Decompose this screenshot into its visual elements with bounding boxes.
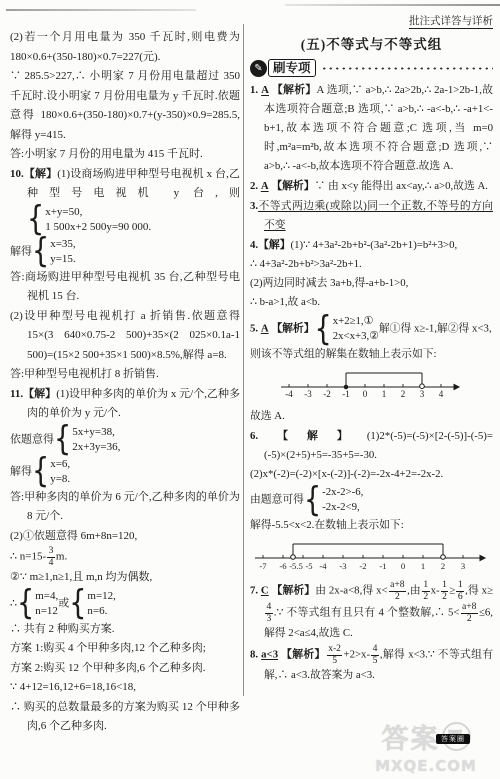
equation-row: 5x+y=38, xyxy=(72,425,120,440)
equation-row: 1 500x+2 500y=90 000. xyxy=(45,220,151,235)
svg-text:-3: -3 xyxy=(339,561,346,571)
solution-text: ,由 xyxy=(407,584,421,596)
solution-paragraph: ∵ 4+12=16,12+6=18,16<18, xyxy=(27,678,240,698)
fraction-numerator: 3 xyxy=(47,546,55,558)
item-10: 10.【解】(1)设商场购进甲种型号电视机 x 台,乙种型号电视机 y 台,则x… xyxy=(10,165,240,385)
scan-artifact-line xyxy=(6,9,196,11)
svg-text:-5.5: -5.5 xyxy=(289,561,303,571)
item-7: 7. C 【解析】由 2x-a<8,得 x<a+82,由12x-12≥16,得 … xyxy=(250,580,493,643)
answer-letter: A xyxy=(261,84,269,96)
equation-system: x+2≥1,①2x<x+3,② xyxy=(315,314,379,344)
equation-row: y=15. xyxy=(50,252,75,267)
fraction: x-25 xyxy=(327,644,343,666)
textbook-answer-page: (2)若一个月用电量为 350 千瓦时,则电费为 180×0.6+(350-18… xyxy=(0,0,500,779)
svg-text:0: 0 xyxy=(400,561,404,571)
solution-paragraph: ∴ 4+3a²-2b+b²>3a²-2b+1. xyxy=(264,255,493,274)
item-number: 4. xyxy=(250,239,258,251)
svg-text:-1: -1 xyxy=(379,561,386,571)
solution-text: ∴ xyxy=(10,597,17,609)
equation-system: x=6,y=8. xyxy=(32,457,70,487)
equation-row: x+2≥1,① xyxy=(333,314,379,329)
svg-text:-2: -2 xyxy=(323,389,331,399)
solution-paragraph: 故选 A. xyxy=(264,407,493,426)
left-brace xyxy=(69,587,86,621)
solution-paragraph: 11.【解】(1)设甲种多肉的单价为 x 元/个,乙种多肉的单价为 y 元/个. xyxy=(27,385,240,424)
solution-paragraph: 4.【解】(1)∵ 4+3a²-2b+b²-(3a²-2b+1)=b²+3>0, xyxy=(264,236,493,255)
page-header: 批注式详答与详析 xyxy=(250,12,493,31)
tick-labels: -4 -3 -2 -1 0 1 2 3 4 xyxy=(285,389,444,399)
analysis-tag: 【解析】 xyxy=(271,180,314,192)
equation-row: x+y=50, xyxy=(45,205,151,220)
svg-text:-7: -7 xyxy=(259,561,267,571)
solution-paragraph: ∴ b-a>1,故 a<b. xyxy=(264,293,493,312)
solution-text: ∴ n=15- xyxy=(10,551,46,563)
solution-text: ∵ 由 x<y 能得出 ax<ay,∴ a>0,故选 A. xyxy=(315,180,488,192)
answer-letter: A xyxy=(261,180,269,192)
item-number: 8. xyxy=(250,648,258,660)
solution-paragraph: ②∵ m≥1,n≥1,且 m,n 均为偶数, xyxy=(27,568,240,588)
fraction: a+82 xyxy=(461,602,478,624)
equation-row: -2x-2>-6, xyxy=(322,485,363,500)
svg-text:-4: -4 xyxy=(319,561,327,571)
solution-paragraph: 7. C 【解析】由 2x-a<8,得 x<a+82,由12x-12≥16,得 … xyxy=(264,580,493,643)
solution-paragraph: 解得x=35,y=15. xyxy=(27,236,240,268)
solution-paragraph: 答:甲种型号电视机打 8 折销售. xyxy=(27,365,240,385)
solution-paragraph: (2)①依题意得 6m+8n=120, xyxy=(27,527,240,547)
fraction-numerator: 1 xyxy=(456,580,464,592)
svg-text:-2: -2 xyxy=(359,561,366,571)
fraction: 16 xyxy=(456,580,464,602)
svg-text:1: 1 xyxy=(420,561,424,571)
fraction-denominator: 2 xyxy=(395,592,400,603)
equation-row: y=8. xyxy=(50,472,70,487)
analysis-tag: 【解析】 xyxy=(281,648,326,660)
item-4: 4.【解】(1)∵ 4+3a²-2b+b²-(3a²-2b+1)=b²+3>0,… xyxy=(250,236,493,312)
fraction-denominator: 3 xyxy=(267,614,272,625)
equation-row: -2x-2<9, xyxy=(322,500,363,515)
solution-text: 解①得 x≥-1,解②得 x<3, xyxy=(379,322,492,334)
solution-text: 由题意可得 xyxy=(250,493,304,505)
solution-paragraph: 则该不等式组的解集在数轴上表示如下: xyxy=(264,345,493,364)
analysis-tag: 【解析】 xyxy=(272,584,316,596)
answer-text: a<3 xyxy=(261,648,278,660)
watermark-logo: 答案圈 xyxy=(362,717,490,756)
fraction: 12 xyxy=(441,580,449,602)
fraction: 12 xyxy=(422,580,430,602)
fraction-numerator: 1 xyxy=(441,580,449,592)
solution-text: .∵ 不等式组有且只有 4 个整数解,∴ 5< xyxy=(274,606,460,618)
right-column: 批注式详答与详析 (五)不等式与不等式组 刷专项 1. A 【解析】A 选项,∵… xyxy=(250,12,493,685)
solve-tag: 【解】 xyxy=(24,168,58,180)
svg-text:4: 4 xyxy=(438,389,443,399)
equation-row: m=4, xyxy=(35,589,58,604)
item-number: 2. xyxy=(250,180,258,192)
solution-text: ≥ xyxy=(449,584,455,596)
solution-text: (1)∵ 4+3a²-2b+b²-(3a²-2b+1)=b²+3>0, xyxy=(291,239,458,251)
item-1: 1. A 【解析】A 选项,∵ a>b,∴ 2a>2b,∴ 2a-1>2b-1,… xyxy=(250,81,493,176)
equation-row: n=12 xyxy=(35,604,58,619)
solution-paragraph: 2. A 【解析】∵ 由 x<y 能得出 ax<ay,∴ a>0,故选 A. xyxy=(264,177,493,196)
fraction: 43 xyxy=(265,602,273,624)
svg-text:0: 0 xyxy=(362,389,367,399)
solve-tag: 【解】 xyxy=(258,430,367,442)
equation-system: 5x+y=38,2x+3y=36, xyxy=(54,425,120,455)
solve-tag: 【解】 xyxy=(258,239,290,251)
analysis-tag: 【解析】 xyxy=(272,84,317,96)
fraction-numerator: 1 xyxy=(422,580,430,592)
item-number: 6. xyxy=(250,430,258,442)
solution-text: 或 xyxy=(58,597,69,609)
solution-text: 解得 xyxy=(10,465,32,477)
watermark-site-url: MXQE.COM xyxy=(362,757,490,775)
answer-site-watermark: 答案圈 答案圈 MXQE.COM xyxy=(362,717,490,775)
solution-text: 解得 xyxy=(10,245,32,257)
equation-system: x=35,y=15. xyxy=(32,237,76,267)
axis-arrow xyxy=(454,384,459,389)
item-number: 3. xyxy=(250,200,258,212)
item-number: 1. xyxy=(250,84,258,96)
fraction-denominator: 5 xyxy=(373,656,378,667)
fraction-numerator: a+8 xyxy=(389,580,406,592)
solution-paragraph: 答:小明家 7 月份的用电量为 415 千瓦时. xyxy=(10,145,240,165)
svg-text:2: 2 xyxy=(400,389,405,399)
svg-text:-4: -4 xyxy=(285,389,293,399)
solution-text: 由 2x-a<8,得 x< xyxy=(315,584,387,596)
equation-row: n=6. xyxy=(87,604,116,619)
solution-paragraph: 6.【解】(1)2*(-5)=(-5)×[2-(-5)]-(-5)=(-5)×(… xyxy=(264,427,493,465)
svg-text:3: 3 xyxy=(460,561,464,571)
drill-badge-label: 刷专项 xyxy=(268,59,316,77)
tick-labels: -7 -6 -5.5 -5 -4 -3 -2 -1 0 1 2 3 xyxy=(259,561,465,571)
solution-paragraph: 方案 1:购买 4 个甲种多肉,12 个乙种多肉; xyxy=(27,639,240,659)
header-title: 批注式详答与详析 xyxy=(409,16,493,29)
fraction-denominator: 2 xyxy=(442,592,447,603)
item-number: 5. xyxy=(250,322,258,334)
equation-row: 2x+3y=36, xyxy=(72,440,120,455)
solution-paragraph: 答:商场购进甲种型号电视机 35 台,乙种型号电视机 15 台. xyxy=(27,268,240,307)
fraction-numerator: a+8 xyxy=(461,602,478,614)
equation-row: 2x<x+3,② xyxy=(333,329,379,344)
solve-tag: 【解】 xyxy=(23,388,56,400)
solution-paragraph: 10.【解】(1)设商场购进甲种型号电视机 x 台,乙种型号电视机 y 台,则x… xyxy=(27,165,240,236)
item-number: 11. xyxy=(10,388,23,400)
svg-text:1: 1 xyxy=(381,389,386,399)
solution-paragraph: 方案 2:购买 12 个甲种多肉,6 个乙种多肉. xyxy=(27,659,240,679)
axis-arrow xyxy=(480,555,485,560)
item-number: 10. xyxy=(10,168,24,180)
column-divider xyxy=(243,24,244,696)
fraction-denominator: 2 xyxy=(467,614,472,625)
item-5: 5. A 【解析】x+2≥1,①2x<x+3,②解①得 x≥-1,解②得 x<3… xyxy=(250,313,493,426)
fraction-denominator: 5 xyxy=(332,656,337,667)
svg-text:-6: -6 xyxy=(279,561,287,571)
open-endpoint-circle xyxy=(419,384,424,389)
numberline-svg: -7 -6 -5.5 -5 -4 -3 -2 -1 0 1 2 3 xyxy=(253,536,491,572)
item-6: 6.【解】(1)2*(-5)=(-5)×[2-(-5)]-(-5)=(-5)×(… xyxy=(250,427,493,579)
watermark-text: 答案 xyxy=(382,717,440,756)
fraction-denominator: 2 xyxy=(423,592,428,603)
solution-paragraph: 依题意得5x+y=38,2x+3y=36, xyxy=(27,424,240,456)
solution-paragraph: ∴ n=15-34m. xyxy=(27,546,240,568)
analysis-tag: 【解析】 xyxy=(271,322,314,334)
svg-text:-3: -3 xyxy=(304,389,312,399)
solution-paragraph: 1. A 【解析】A 选项,∵ a>b,∴ 2a>2b,∴ 2a-1>2b-1,… xyxy=(264,81,493,176)
solution-paragraph: (2)若一个月用电量为 350 千瓦时,则电费为 180×0.6+(350-18… xyxy=(10,28,240,67)
watermark-badge: 答案圈 xyxy=(436,734,470,744)
solution-paragraph: (2)设甲种型号电视机打 a 折销售.依题意得 15×(3 640×0.75-2… xyxy=(27,307,240,366)
solution-paragraph: 8. a<3 【解析】x-25+2>x-45,解得 x<3.∵ 不等式组有解,∴… xyxy=(264,644,493,685)
answer-letter: C xyxy=(261,584,269,596)
solution-paragraph: ∴ 购买的总数量最多的方案为购买 12 个甲种多肉,6 个乙种多肉. xyxy=(27,698,240,737)
fraction-numerator: x-2 xyxy=(327,644,343,656)
solution-paragraph: 答:甲种多肉的单价为 6 元/个,乙种多肉的单价为 8 元/个. xyxy=(27,488,240,527)
svg-text:2: 2 xyxy=(440,561,444,571)
left-brace xyxy=(304,483,321,517)
numberline-figure-2: -7 -6 -5.5 -5 -4 -3 -2 -1 0 1 2 3 xyxy=(264,536,493,579)
equation-system: m=4,n=12 xyxy=(17,589,58,619)
left-brace xyxy=(54,423,71,457)
left-column: (2)若一个月用电量为 350 千瓦时,则电费为 180×0.6+(350-18… xyxy=(10,28,240,737)
svg-text:-5: -5 xyxy=(305,561,312,571)
dotted-leader xyxy=(321,67,493,70)
item-11: 11.【解】(1)设甲种多肉的单价为 x 元/个,乙种多肉的单价为 y 元/个.… xyxy=(10,385,240,737)
solution-text: (1)设商场购进甲种型号电视机 x 台,乙种型号电视机 y 台,则 xyxy=(27,168,240,200)
equation-system: x+y=50,1 500x+2 500y=90 000. xyxy=(27,205,151,235)
svg-text:-1: -1 xyxy=(342,389,350,399)
section-title: (五)不等式与不等式组 xyxy=(250,35,493,54)
left-brace xyxy=(17,587,34,621)
fraction: 45 xyxy=(371,644,379,666)
open-endpoint-circle xyxy=(290,555,295,560)
solution-paragraph: (2)x*(-2)=(-2)×[x-(-2)]-(-2)=-2x-4+2=-2x… xyxy=(264,465,493,484)
special-drill-banner: 刷专项 xyxy=(250,59,493,77)
solution-paragraph: ∴ 共有 2 种购买方案. xyxy=(27,620,240,640)
solution-text: +2>x- xyxy=(343,648,370,660)
solution-text: x- xyxy=(431,584,440,596)
brush-pen-icon xyxy=(250,60,267,77)
fraction-denominator: 4 xyxy=(49,558,54,569)
solution-paragraph: 解得-5.5<x<2.在数轴上表示如下: xyxy=(264,516,493,535)
solution-paragraph: ∴m=4,n=12或m=12,n=6. xyxy=(27,588,240,620)
numberline-svg: -4 -3 -2 -1 0 1 2 3 4 xyxy=(279,365,465,399)
scan-artifact-line xyxy=(285,4,500,6)
item-number: 7. xyxy=(250,584,258,596)
solution-text: (1)设甲种多肉的单价为 x 元/个,乙种多肉的单价为 y 元/个. xyxy=(27,388,240,420)
solution-text: ,得 x≥ xyxy=(465,584,493,596)
left-brace xyxy=(32,235,49,269)
left-brace xyxy=(32,455,49,489)
solution-paragraph: 由题意可得-2x-2>-6,-2x-2<9, xyxy=(264,484,493,516)
equation-system: -2x-2>-6,-2x-2<9, xyxy=(304,485,363,515)
solution-paragraph: 5. A 【解析】x+2≥1,①2x<x+3,②解①得 x≥-1,解②得 x<3… xyxy=(264,313,493,345)
fraction: a+82 xyxy=(389,580,406,602)
equation-system: m=12,n=6. xyxy=(69,589,116,619)
svg-text:3: 3 xyxy=(419,389,424,399)
fraction-numerator: 4 xyxy=(371,644,379,656)
equation-row: m=12, xyxy=(87,589,116,604)
solution-text: A 选项,∵ a>b,∴ 2a>2b,∴ 2a-1>2b-1,故本选项符合题意;… xyxy=(264,84,493,172)
answer-letter: A xyxy=(261,322,269,334)
numberline-figure-1: -4 -3 -2 -1 0 1 2 3 4 xyxy=(264,365,493,406)
left-brace xyxy=(315,312,332,346)
equation-row: x=35, xyxy=(50,237,75,252)
answer-text: 不等式两边乘(或除以)同一个正数,不等号的方向不变 xyxy=(258,200,493,231)
fraction: 34 xyxy=(47,546,55,568)
item-2: 2. A 【解析】∵ 由 x<y 能得出 ax<ay,∴ a>0,故选 A. xyxy=(250,177,493,196)
solution-text: m. xyxy=(56,551,67,563)
fraction-numerator: 4 xyxy=(265,602,273,614)
solution-paragraph: ∵ 285.5>227,∴ 小明家 7 月份用电量超过 350 千瓦时.设小明家… xyxy=(10,67,240,145)
item-3: 3.不等式两边乘(或除以)同一个正数,不等号的方向不变 xyxy=(250,197,493,235)
solution-paragraph: 解得x=6,y=8. xyxy=(27,456,240,488)
solution-paragraph: (2)两边同时减去 3a+b,得-a+b-1>0, xyxy=(264,274,493,293)
solution-paragraph: 3.不等式两边乘(或除以)同一个正数,不等号的方向不变 xyxy=(264,197,493,235)
open-endpoint-circle xyxy=(440,555,445,560)
solution-text: 依题意得 xyxy=(10,433,54,445)
item-8: 8. a<3 【解析】x-25+2>x-45,解得 x<3.∵ 不等式组有解,∴… xyxy=(250,644,493,685)
